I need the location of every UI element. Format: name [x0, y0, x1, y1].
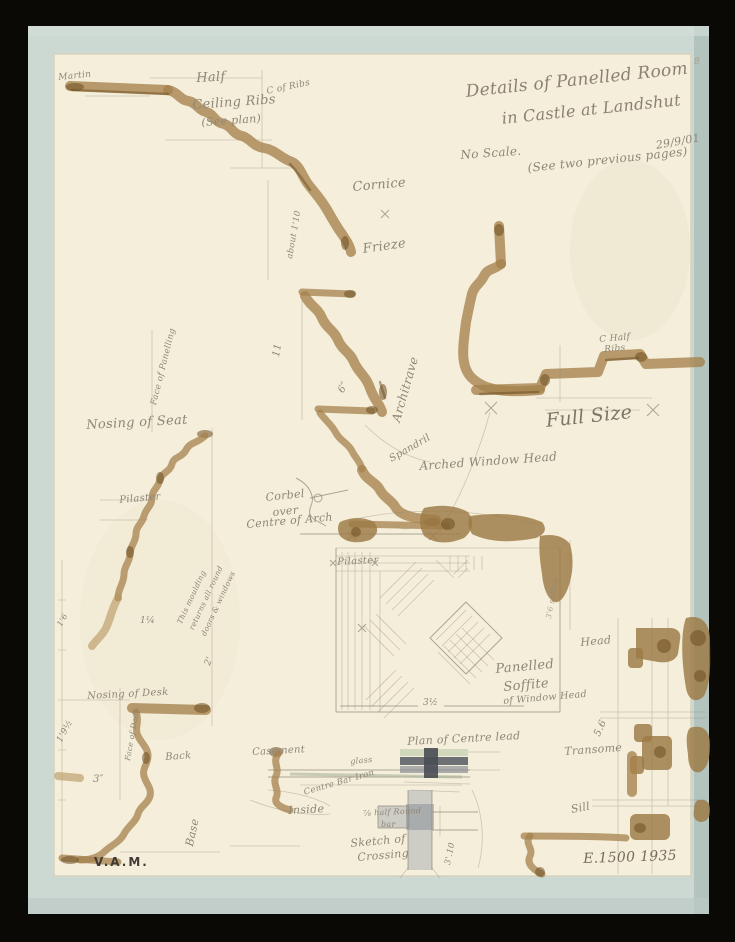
label-half-ribs-2: Ribs — [604, 344, 626, 355]
label-panelled-2: Soffite — [503, 677, 549, 694]
photograph-of-drawing: 8 Details of Panelled Room in Castle at … — [0, 0, 735, 942]
label-dim-1q: 1¼ — [140, 617, 155, 626]
label-head: Head — [580, 634, 612, 648]
label-back: Back — [165, 751, 192, 763]
museum-stamp: V.A.M. — [94, 856, 149, 868]
label-sill: Sill — [570, 801, 591, 815]
label-half: Half — [196, 70, 226, 85]
label-half-round-2: bar — [381, 821, 396, 829]
label-inside: Inside — [288, 803, 324, 816]
label-dim-3: 3″ — [93, 775, 104, 785]
label-dim-3h: 3½ — [423, 699, 438, 708]
museum-number: E.1500 1935 — [583, 849, 677, 866]
sketch-linework — [0, 0, 735, 942]
page-number: 8 — [694, 58, 700, 67]
